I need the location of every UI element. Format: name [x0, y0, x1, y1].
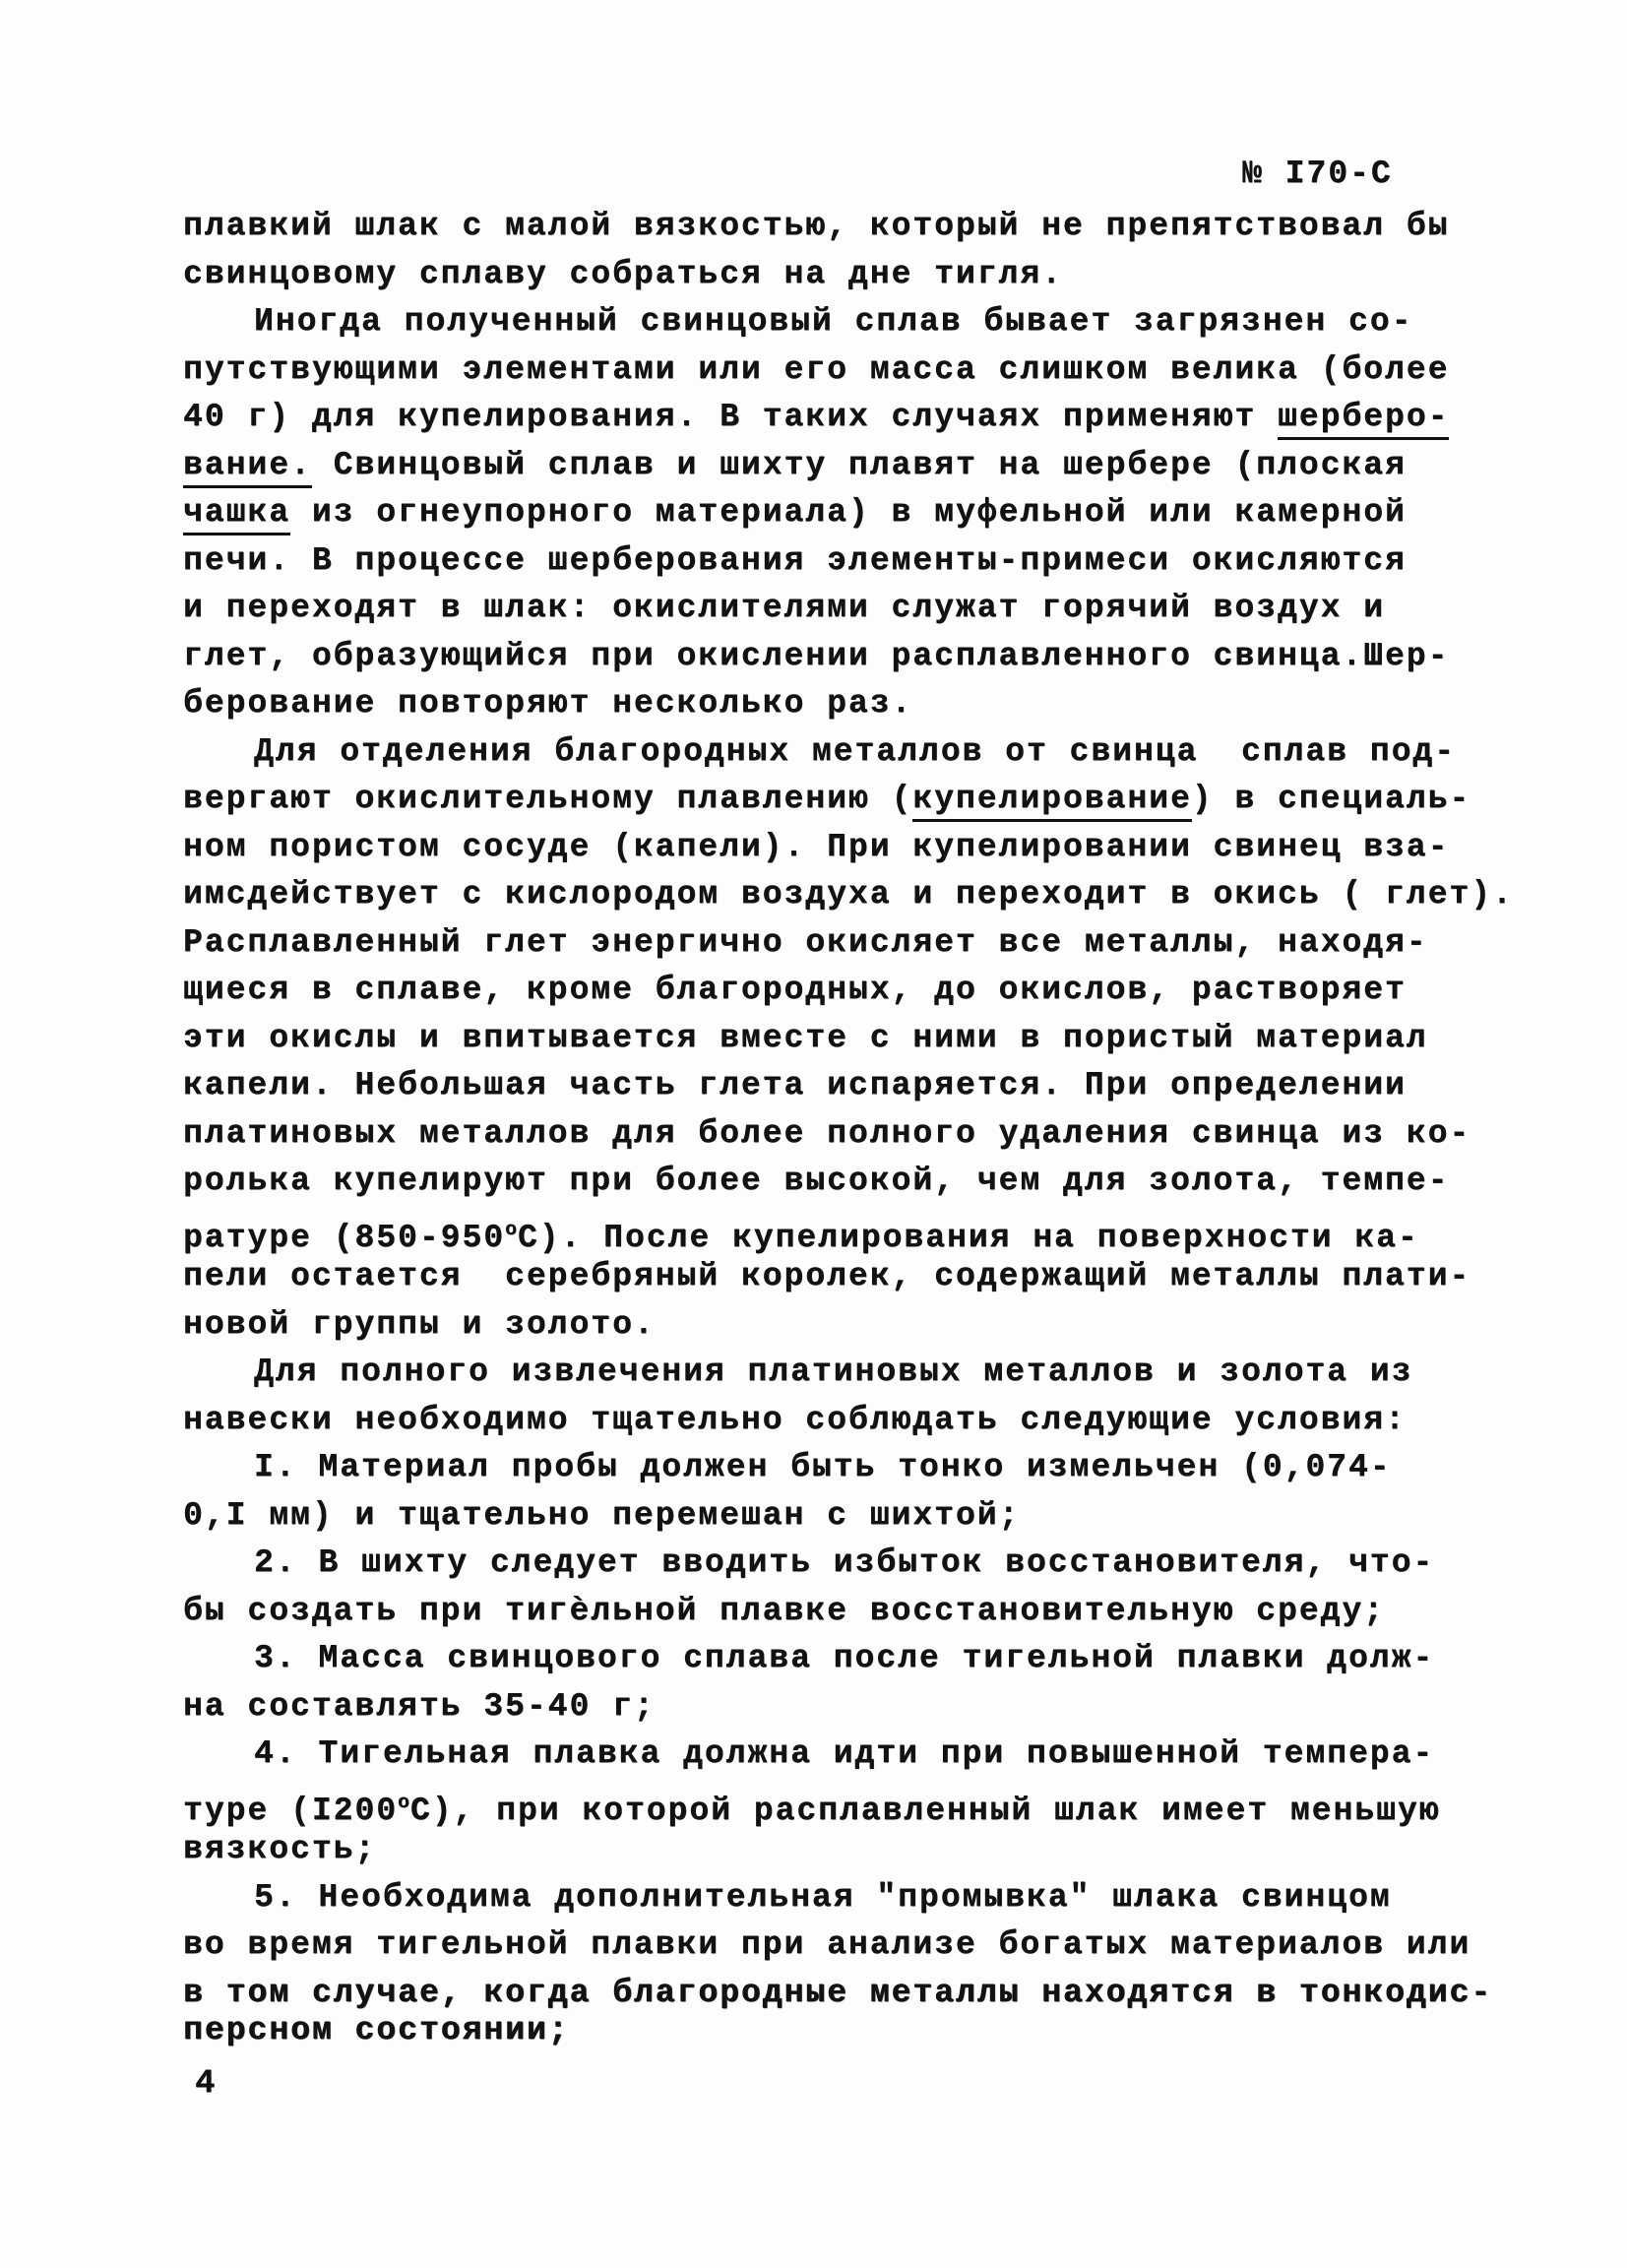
text-segment: 2. В шихту следует вводить избыток восст… [254, 1544, 1434, 1581]
underlined-term: шерберо- [1278, 399, 1449, 440]
text-line: печи. В процессе шерберования элементы-п… [183, 537, 1581, 586]
text-line: и переходят в шлак: окислителями служат … [183, 585, 1581, 633]
text-line: 40 г) для купелирования. В таких случаях… [183, 394, 1581, 442]
text-segment: щиеся в сплаве, кроме благородных, до ок… [183, 972, 1407, 1008]
text-segment: 5. Необходима дополнительная "промывка" … [254, 1879, 1392, 1916]
text-segment: С), при которой расплавленный шлак имеет… [410, 1793, 1441, 1829]
text-segment: имсдействует с кислородом воздуха и пере… [183, 876, 1514, 913]
text-line: путствующими элементами или его масса сл… [183, 346, 1581, 395]
text-segment: капели. Небольшая часть глета испаряется… [183, 1067, 1407, 1103]
text-segment: 0,I мм) и тщательно перемешан с шихтой; [183, 1497, 1020, 1534]
text-line: эти окислы и впитывается вместе с ними в… [183, 1015, 1581, 1063]
document-number: № I70-С [1242, 156, 1393, 192]
text-line: глет, образующийся при окислении расплав… [183, 633, 1581, 681]
text-segment: персном состоянии; [183, 2012, 569, 2048]
text-segment: ) в специаль- [1192, 781, 1471, 817]
text-line: на составлять 35-40 г; [183, 1683, 1581, 1732]
text-line: туре (I200оС), при которой расплавленный… [183, 1779, 1581, 1827]
text-segment: во время тигельной плавки при анализе бо… [183, 1926, 1471, 1963]
text-line: имсдействует с кислородом воздуха и пере… [183, 871, 1581, 919]
text-segment: новой группы и золото. [183, 1306, 656, 1343]
text-line: 3. Масса свинцового сплава после тигельн… [183, 1635, 1581, 1683]
text-segment: из огнеупорного материала) в муфельной и… [290, 494, 1407, 531]
text-segment: Свинцовый сплав и шихту плавят на шербер… [312, 447, 1407, 483]
text-line: ном пористом сосуде (капели). При купели… [183, 824, 1581, 872]
text-line: 2. В шихту следует вводить избыток восст… [183, 1540, 1581, 1588]
text-segment: печи. В процессе шерберования элементы-п… [183, 542, 1407, 579]
text-segment: ратуре (850-950 [183, 1220, 505, 1256]
text-segment: ролька купелируют при более высокой, чем… [183, 1163, 1449, 1199]
text-segment: С). После купелирования на поверхности к… [518, 1220, 1419, 1256]
text-line: чашка из огнеупорного материала) в муфел… [183, 489, 1581, 537]
underlined-term: вание. [183, 447, 312, 488]
underlined-term: чашка [183, 494, 290, 535]
text-segment: навески необходимо тщательно соблюдать с… [183, 1402, 1407, 1438]
text-line: Расплавленный глет энергично окисляет вс… [183, 919, 1581, 968]
text-line: Для отделения благородных металлов от св… [183, 728, 1581, 777]
text-segment: вязкость; [183, 1831, 376, 1867]
text-line: ролька купелируют при более высокой, чем… [183, 1158, 1581, 1206]
text-segment: глет, образующийся при окислении расплав… [183, 638, 1449, 674]
text-line: пели остается серебряный королек, содерж… [183, 1253, 1581, 1301]
text-line: вание. Свинцовый сплав и шихту плавят на… [183, 442, 1581, 490]
text-line: 4. Тигельная плавка должна идти при повы… [183, 1731, 1581, 1779]
text-line: I. Материал пробы должен быть тонко изме… [183, 1444, 1581, 1492]
text-line: свинцовому сплаву собраться на дне тигля… [183, 251, 1581, 299]
text-segment: Расплавленный глет энергично окисляет вс… [183, 924, 1428, 961]
underlined-term: купелирование [912, 781, 1191, 822]
text-line: новой группы и золото. [183, 1301, 1581, 1350]
text-segment: Для полного извлечения платиновых металл… [254, 1354, 1412, 1390]
text-line: платиновых металлов для более полного уд… [183, 1110, 1581, 1159]
text-segment: плавкий шлак с малой вязкостью, который … [183, 208, 1449, 244]
text-segment: в том случае, когда благородные металлы … [183, 1975, 1492, 2011]
text-segment: 40 г) для купелирования. В таких случаях… [183, 399, 1278, 435]
text-segment: вергают окислительному плавлению ( [183, 781, 912, 817]
text-line: Для полного извлечения платиновых металл… [183, 1349, 1581, 1397]
superscript-degree: о [398, 1792, 410, 1813]
text-segment: путствующими элементами или его масса сл… [183, 351, 1449, 388]
text-segment: 4. Тигельная плавка должна идти при повы… [254, 1735, 1434, 1772]
text-line: бы создать при тигѐльной плавке восстано… [183, 1588, 1581, 1636]
text-line: берование повторяют несколько раз. [183, 680, 1581, 728]
text-segment: пели остается серебряный королек, содерж… [183, 1258, 1471, 1294]
text-segment: свинцовому сплаву собраться на дне тигля… [183, 256, 1063, 292]
text-line: навески необходимо тщательно соблюдать с… [183, 1397, 1581, 1445]
text-line: щиеся в сплаве, кроме благородных, до ок… [183, 967, 1581, 1015]
text-line: плавкий шлак с малой вязкостью, который … [183, 203, 1581, 251]
text-segment: платиновых металлов для более полного уд… [183, 1115, 1471, 1152]
text-segment: Иногда полученный свинцовый сплав бывает… [254, 303, 1412, 340]
superscript-degree: о [505, 1219, 518, 1240]
text-segment: бы создать при тигѐльной плавке восстано… [183, 1593, 1385, 1629]
body-text: плавкий шлак с малой вязкостью, который … [183, 203, 1581, 2055]
document-page: № I70-С плавкий шлак с малой вязкостью, … [0, 0, 1627, 2268]
text-line: капели. Небольшая часть глета испаряется… [183, 1062, 1581, 1110]
text-segment: I. Материал пробы должен быть тонко изме… [254, 1449, 1392, 1485]
text-segment: туре (I200 [183, 1793, 398, 1829]
text-line: 5. Необходима дополнительная "промывка" … [183, 1874, 1581, 1922]
text-line: ратуре (850-950оС). После купелирования … [183, 1206, 1581, 1254]
text-segment: Для отделения благородных металлов от св… [254, 733, 1456, 770]
page-number: 4 [195, 2065, 215, 2103]
text-line: вергают окислительному плавлению (купели… [183, 776, 1581, 824]
text-line: 0,I мм) и тщательно перемешан с шихтой; [183, 1492, 1581, 1541]
text-line: вязкость; [183, 1826, 1581, 1874]
text-segment: на составлять 35-40 г; [183, 1688, 656, 1725]
text-line: Иногда полученный свинцовый сплав бывает… [183, 298, 1581, 346]
text-segment: эти окислы и впитывается вместе с ними в… [183, 1020, 1428, 1056]
text-segment: и переходят в шлак: окислителями служат … [183, 590, 1385, 626]
text-segment: ном пористом сосуде (капели). При купели… [183, 829, 1449, 865]
text-segment: 3. Масса свинцового сплава после тигельн… [254, 1640, 1434, 1676]
text-line: во время тигельной плавки при анализе бо… [183, 1921, 1581, 1970]
text-segment: берование повторяют несколько раз. [183, 685, 912, 722]
